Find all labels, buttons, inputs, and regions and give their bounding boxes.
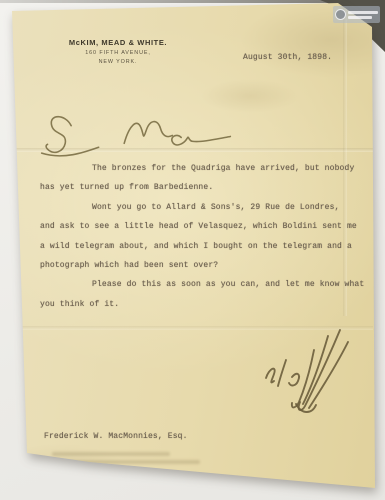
faded-address-line <box>52 452 170 456</box>
watermark-text-lines <box>348 11 378 19</box>
handwritten-salutation <box>37 106 235 163</box>
body-line: Wont you go to Allard & Sons's, 29 Rue d… <box>40 198 360 217</box>
letter-paper-shadow: McKIM, MEAD & WHITE. 160 FIFTH AVENUE, N… <box>0 0 385 500</box>
body-line: a wild telegram about, and which I bough… <box>40 237 360 256</box>
photo-scene: McKIM, MEAD & WHITE. 160 FIFTH AVENUE, N… <box>0 0 385 500</box>
letter-paper: McKIM, MEAD & WHITE. 160 FIFTH AVENUE, N… <box>0 0 385 500</box>
watermark-badge <box>333 6 380 23</box>
letter-body: The bronzes for the Quadriga have arrive… <box>40 159 360 314</box>
letterhead-city: NEW YORK. <box>58 59 178 65</box>
signature-scrawl <box>252 322 360 418</box>
watermark-logo-icon <box>335 9 346 20</box>
letterhead-firm: McKIM, MEAD & WHITE. <box>58 38 178 47</box>
faded-address-line <box>48 460 200 464</box>
body-line: photograph which had been sent over? <box>40 256 360 275</box>
body-line: you think of it. <box>40 295 360 314</box>
body-line: and ask to see a little head of Velasque… <box>40 217 360 236</box>
letterhead-address: 160 FIFTH AVENUE, <box>58 50 178 56</box>
date-line: August 30th, 1898. <box>243 53 332 62</box>
body-line: Please do this as soon as you can, and l… <box>40 275 360 294</box>
recipient-line: Frederick W. MacMonnies, Esq. <box>44 432 188 441</box>
letterhead: McKIM, MEAD & WHITE. 160 FIFTH AVENUE, N… <box>58 38 178 65</box>
body-line: has yet turned up from Barbedienne. <box>40 178 360 197</box>
